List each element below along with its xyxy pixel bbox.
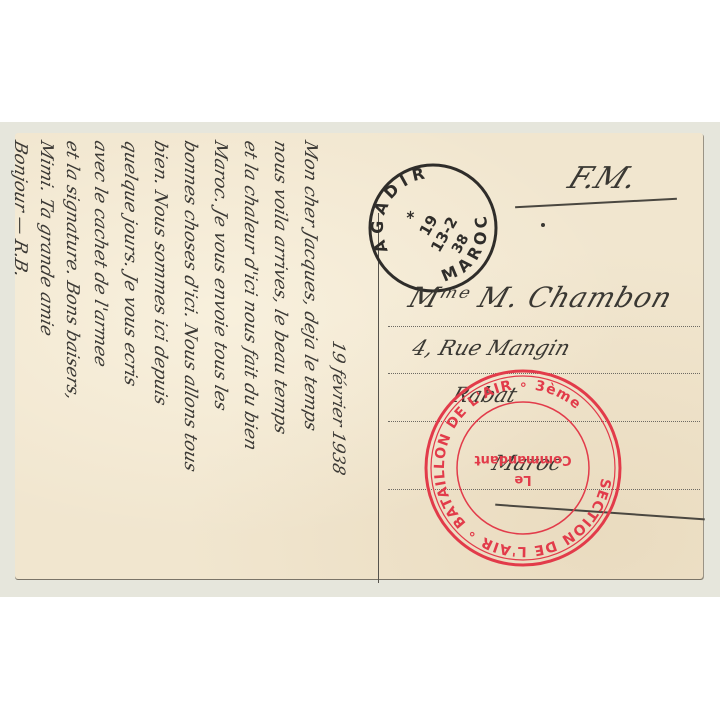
message-line: nous voila arrives, le beau temps	[270, 138, 290, 436]
recipient-name: Mᵐᵉ M. Chambon	[405, 281, 677, 314]
postcard: 19 février 1938 Mon cher Jacques, deja l…	[15, 133, 703, 579]
message-line: avec le cachet de l'armee	[90, 138, 110, 369]
message-line: Mimi. Ta grande amie	[36, 138, 56, 338]
military-unit-stamp: SECTION DE L'AIR ∘ BATAILLON DE L'AIR ∘ …	[423, 368, 623, 568]
message-line: quelque jours. Je vous ecris	[120, 138, 140, 388]
message-line: et la signature. Bons baisers,	[62, 138, 82, 402]
svg-text:SECTION DE L'AIR ∘ BATAILLON D: SECTION DE L'AIR ∘ BATAILLON DE L'AIR ∘ …	[432, 377, 613, 559]
address-line-1	[388, 326, 700, 327]
message-line: Bonjour — R.B.	[10, 138, 30, 279]
franchise-militaire-mark: F.M.	[563, 161, 643, 196]
handwritten-message: 19 février 1938 Mon cher Jacques, deja l…	[15, 141, 360, 587]
message-line: bien. Nous sommes ici depuis	[150, 138, 170, 407]
svg-text:Commandant: Commandant	[474, 452, 571, 467]
message-date: 19 février 1938	[328, 338, 348, 477]
svg-text:Le: Le	[514, 472, 531, 487]
message-line: bonnes choses d'ici. Nous allons tous	[180, 138, 200, 474]
ink-dot	[541, 223, 545, 227]
fm-underline	[515, 198, 677, 208]
message-line: et la chaleur d'ici nous fait du bien	[240, 138, 260, 452]
postmark-agadir: AGADIR MAROC * 19 13-2 38	[367, 162, 499, 294]
recipient-street: 4, Rue Mangin	[409, 336, 573, 360]
message-line: Mon cher Jacques, deja le temps	[300, 138, 320, 433]
message-line: Maroc. Je vous envoie tous les	[210, 138, 230, 413]
